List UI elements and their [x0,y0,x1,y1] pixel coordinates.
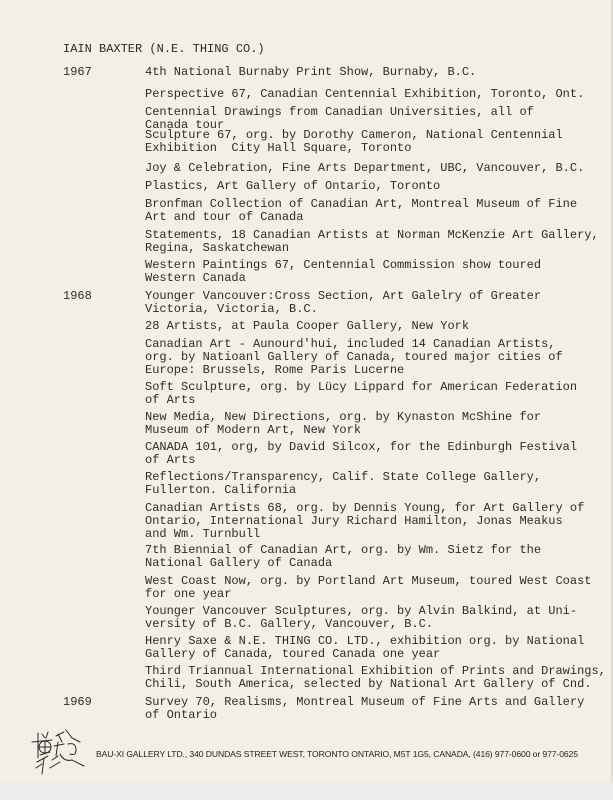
page-title: IAIN BAXTER (N.E. THING CO.) [63,42,265,56]
exhibition-entry: New Media, New Directions, org. by Kynas… [145,411,613,437]
letterhead-footer: BAU-XI GALLERY LTD., 340 DUNDAS STREET W… [28,728,613,778]
exhibition-entry: Perspective 67, Canadian Centennial Exhi… [145,88,613,101]
bau-xi-logo-icon [28,728,88,778]
exhibition-entry: 7th Biennial of Canadian Art, org. by Wm… [145,544,613,570]
year-label-1969: 1969 [63,696,92,709]
exhibition-entry: Henry Saxe & N.E. THING CO. LTD., exhibi… [145,635,613,661]
exhibition-entry: Sculpture 67, org. by Dorothy Cameron, N… [145,129,613,155]
exhibition-entry: Soft Sculpture, org. by Lücy Lippard for… [145,381,613,407]
gallery-address: BAU-XI GALLERY LTD., 340 DUNDAS STREET W… [96,749,578,759]
exhibition-entry: Third Triannual International Exhibition… [145,665,613,691]
exhibition-entry: 28 Artists, at Paula Cooper Gallery, New… [145,320,613,333]
exhibition-entry: Younger Vancouver Sculptures, org. by Al… [145,605,613,631]
year-label-1968: 1968 [63,290,92,303]
exhibition-entry: Statements, 18 Canadian Artists at Norma… [145,229,613,255]
document-page: IAIN BAXTER (N.E. THING CO.) 1967 4th Na… [0,0,613,782]
exhibition-entry: Reflections/Transparency, Calif. State C… [145,471,613,497]
exhibition-entry: Canadian Artists 68, org. by Dennis Youn… [145,502,613,541]
exhibition-entry: Younger Vancouver:Cross Section, Art Gal… [145,290,613,316]
exhibition-entry: Western Paintings 67, Centennial Commiss… [145,259,613,285]
exhibition-entry: 4th National Burnaby Print Show, Burnaby… [145,66,613,79]
exhibition-entry: Canadian Art - Aunourd'hui, included 14 … [145,338,613,377]
exhibition-entry: Plastics, Art Gallery of Ontario, Toront… [145,180,613,193]
exhibition-entry: Joy & Celebration, Fine Arts Department,… [145,162,613,175]
exhibition-entry: Survey 70, Realisms, Montreal Museum of … [145,696,613,722]
exhibition-entry: Bronfman Collection of Canadian Art, Mon… [145,198,613,224]
year-label-1967: 1967 [63,66,92,79]
exhibition-entry: West Coast Now, org. by Portland Art Mus… [145,575,613,601]
exhibition-entry: CANADA 101, org, by David Silcox, for th… [145,441,613,467]
